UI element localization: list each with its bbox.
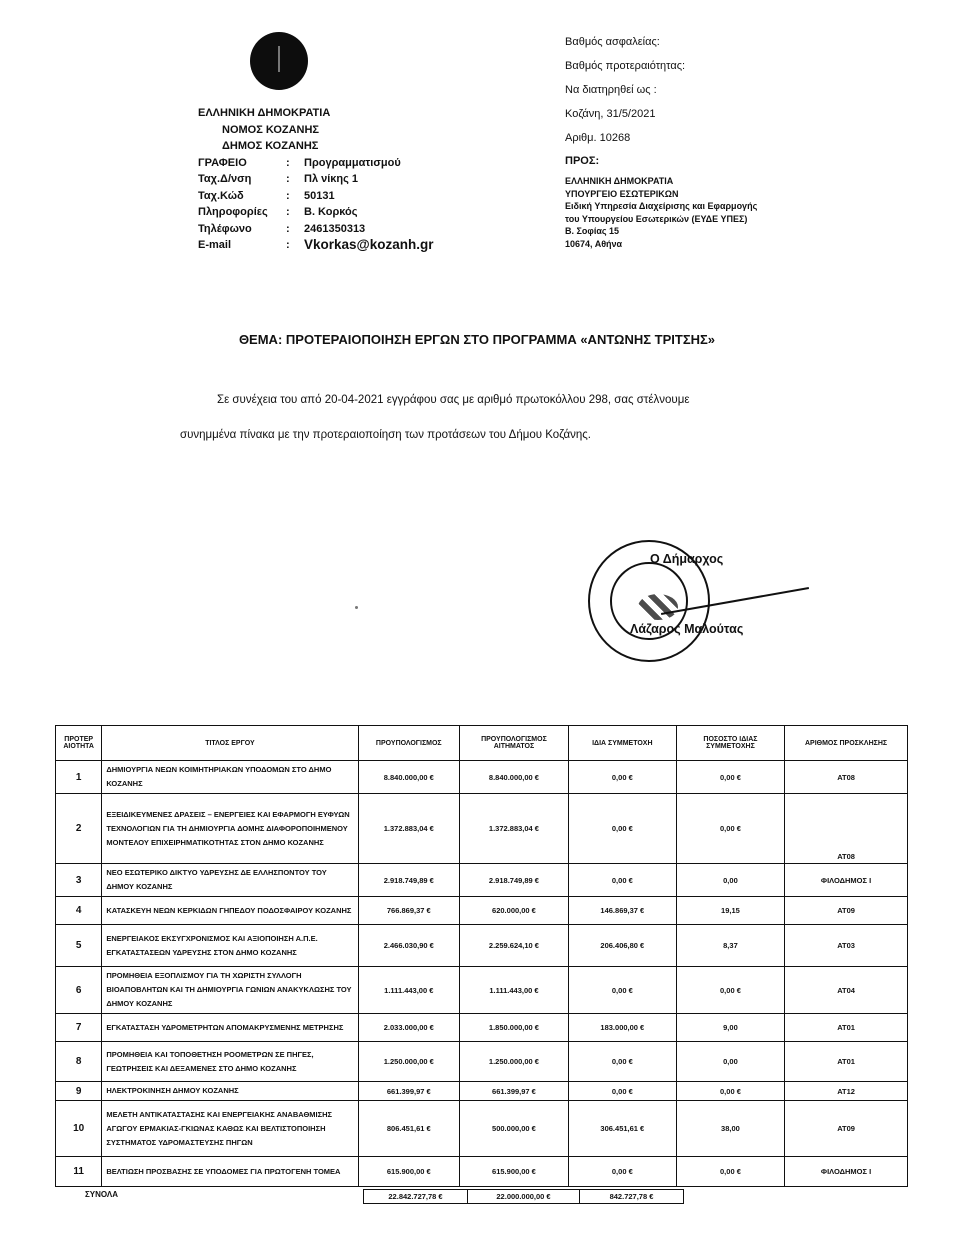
cell-call: ΑΤ01: [785, 1014, 908, 1042]
security-level: Βαθμός ασφαλείας:: [565, 30, 685, 54]
recipient-line: 10674, Αθήνα: [565, 238, 757, 251]
cell-request-budget: 661.399,97 €: [460, 1082, 569, 1101]
to-label: ΠΡΟΣ:: [565, 154, 685, 168]
field-value: Προγραμματισμού: [304, 155, 401, 172]
greek-coat-of-arms-icon: [250, 32, 308, 90]
cell-priority: 6: [56, 967, 102, 1014]
table-row: 3ΝΕΟ ΕΣΩΤΕΡΙΚΟ ΔΙΚΤΥΟ ΥΔΡΕΥΣΗΣ ΔΕ ΕΛΛΗΣΠ…: [56, 864, 908, 897]
table-row: 8ΠΡΟΜΗΘΕΙΑ ΚΑΙ ΤΟΠΟΘΕΤΗΣΗ ΡΟΟΜΕΤΡΩΝ ΣΕ Π…: [56, 1042, 908, 1082]
cell-call: ΑΤ08: [785, 794, 908, 864]
cell-budget: 2.033.000,00 €: [358, 1014, 460, 1042]
cell-title: ΔΗΜΙΟΥΡΓΙΑ ΝΕΩΝ ΚΟΙΜΗΤΗΡΙΑΚΩΝ ΥΠΟΔΟΜΩΝ Σ…: [102, 761, 358, 794]
cell-own-pct: 9,00: [676, 1014, 784, 1042]
cell-request-budget: 1.850.000,00 €: [460, 1014, 569, 1042]
cell-call: ΦΙΛΟΔΗΜΟΣ Ι: [785, 864, 908, 897]
column-header: ΠΡΟΥΠΟΛΟΓΙΣΜΟΣ ΑΙΤΗΜΑΤΟΣ: [460, 726, 569, 761]
cell-own-pct: 0,00 €: [676, 761, 784, 794]
recipient-block: ΕΛΛΗΝΙΚΗ ΔΗΜΟΚΡΑΤΙΑΥΠΟΥΡΓΕΙΟ ΕΣΩΤΕΡΙΚΩΝΕ…: [565, 175, 757, 250]
table-row: 6ΠΡΟΜΗΘΕΙΑ ΕΞΟΠΛΙΣΜΟΥ ΓΙΑ ΤΗ ΧΩΡΙΣΤΗ ΣΥΛ…: [56, 967, 908, 1014]
cell-own-share: 206.406,80 €: [568, 925, 676, 967]
sender-field: ΓΡΑΦΕΙΟ:Προγραμματισμού: [198, 155, 433, 172]
field-label: ΓΡΑΦΕΙΟ: [198, 155, 286, 172]
cell-own-share: 0,00 €: [568, 864, 676, 897]
table-row: 2ΕΞΕΙΔΙΚΕΥΜΕΝΕΣ ΔΡΑΣΕΙΣ – ΕΝΕΡΓΕΙΕΣ ΚΑΙ …: [56, 794, 908, 864]
field-value: 2461350313: [304, 221, 365, 238]
priority-level: Βαθμός προτεραιότητας:: [565, 54, 685, 78]
recipient-line: ΥΠΟΥΡΓΕΙΟ ΕΣΩΤΕΡΙΚΩΝ: [565, 188, 757, 201]
cell-call: ΑΤ08: [785, 761, 908, 794]
cell-own-share: 0,00 €: [568, 967, 676, 1014]
column-header: ΤΙΤΛΟΣ ΕΡΓΟΥ: [102, 726, 358, 761]
cell-title: ΚΑΤΑΣΚΕΥΗ ΝΕΩΝ ΚΕΡΚΙΔΩΝ ΓΗΠΕΔΟΥ ΠΟΔΟΣΦΑΙ…: [102, 897, 358, 925]
field-label: Ταχ.Κώδ: [198, 188, 286, 205]
subject-line: ΘΕΜΑ: ΠΡΟΤΕΡΑΙΟΠΟΙΗΣΗ ΕΡΓΩΝ ΣΤΟ ΠΡΟΓΡΑΜΜ…: [0, 332, 954, 347]
cell-call: ΑΤ04: [785, 967, 908, 1014]
recipient-line: Β. Σοφίας 15: [565, 225, 757, 238]
table-row: 9ΗΛΕΚΤΡΟΚΙΝΗΣΗ ΔΗΜΟΥ ΚΟΖΑΝΗΣ661.399,97 €…: [56, 1082, 908, 1101]
cell-own-share: 0,00 €: [568, 1042, 676, 1082]
column-header: ΠΡΟΤΕΡ ΑΙΟΤΗΤΑ: [56, 726, 102, 761]
cell-priority: 2: [56, 794, 102, 864]
cell-budget: 766.869,37 €: [358, 897, 460, 925]
cell-request-budget: 2.259.624,10 €: [460, 925, 569, 967]
recipient-line: ΕΛΛΗΝΙΚΗ ΔΗΜΟΚΡΑΤΙΑ: [565, 175, 757, 188]
field-value: Β. Κορκός: [304, 204, 357, 221]
field-label: Ταχ.Δ/νση: [198, 171, 286, 188]
scan-speck: [355, 606, 358, 609]
cell-call: ΑΤ01: [785, 1042, 908, 1082]
cell-own-pct: 0,00 €: [676, 794, 784, 864]
cell-own-share: 0,00 €: [568, 761, 676, 794]
body-text-line-1: Σε συνέχεια του από 20-04-2021 εγγράφου …: [217, 394, 689, 406]
field-separator: :: [286, 188, 304, 205]
projects-priority-table: ΠΡΟΤΕΡ ΑΙΟΤΗΤΑΤΙΤΛΟΣ ΕΡΓΟΥΠΡΟΥΠΟΛΟΓΙΣΜΟΣ…: [55, 725, 908, 1187]
cell-title: ΕΞΕΙΔΙΚΕΥΜΕΝΕΣ ΔΡΑΣΕΙΣ – ΕΝΕΡΓΕΙΕΣ ΚΑΙ Ε…: [102, 794, 358, 864]
column-header: ΠΟΣΟΣΤΟ ΙΔΙΑΣ ΣΥΜΜΕΤΟΧΗΣ: [676, 726, 784, 761]
cell-budget: 806.451,61 €: [358, 1101, 460, 1157]
table-row: 1ΔΗΜΙΟΥΡΓΙΑ ΝΕΩΝ ΚΟΙΜΗΤΗΡΙΑΚΩΝ ΥΠΟΔΟΜΩΝ …: [56, 761, 908, 794]
cell-own-pct: 0,00 €: [676, 1157, 784, 1187]
total-own-share: 842.727,78 €: [580, 1190, 684, 1204]
field-label: E-mail: [198, 237, 286, 254]
cell-own-pct: 8,37: [676, 925, 784, 967]
document-meta: Βαθμός ασφαλείας: Βαθμός προτεραιότητας:…: [565, 30, 685, 168]
cell-budget: 661.399,97 €: [358, 1082, 460, 1101]
cell-priority: 10: [56, 1101, 102, 1157]
field-separator: :: [286, 155, 304, 172]
cell-own-share: 0,00 €: [568, 794, 676, 864]
cell-own-pct: 0,00 €: [676, 1082, 784, 1101]
sender-municipality: ΔΗΜΟΣ ΚΟΖΑΝΗΣ: [222, 138, 433, 155]
cell-priority: 1: [56, 761, 102, 794]
cell-priority: 5: [56, 925, 102, 967]
cell-priority: 8: [56, 1042, 102, 1082]
cell-own-share: 183.000,00 €: [568, 1014, 676, 1042]
cell-priority: 4: [56, 897, 102, 925]
cell-budget: 615.900,00 €: [358, 1157, 460, 1187]
protocol-number: Αριθμ. 10268: [565, 126, 685, 150]
cell-own-pct: 0,00: [676, 864, 784, 897]
cell-request-budget: 615.900,00 €: [460, 1157, 569, 1187]
retention: Να διατηρηθεί ως :: [565, 78, 685, 102]
field-separator: :: [286, 204, 304, 221]
cell-own-pct: 38,00: [676, 1101, 784, 1157]
recipient-line: του Υπουργείου Εσωτερικών (ΕΥΔΕ ΥΠΕΣ): [565, 213, 757, 226]
recipient-line: Ειδική Υπηρεσία Διαχείρισης και Εφαρμογή…: [565, 200, 757, 213]
table-row: 10ΜΕΛΕΤΗ ΑΝΤΙΚΑΤΑΣΤΑΣΗΣ ΚΑΙ ΕΝΕΡΓΕΙΑΚΗΣ …: [56, 1101, 908, 1157]
sender-field: Ταχ.Κώδ:50131: [198, 188, 433, 205]
cell-priority: 7: [56, 1014, 102, 1042]
column-header: ΑΡΙΘΜΟΣ ΠΡΟΣΚΛΗΣΗΣ: [785, 726, 908, 761]
sender-field: Τηλέφωνο:2461350313: [198, 221, 433, 238]
field-value: 50131: [304, 188, 335, 205]
cell-own-share: 0,00 €: [568, 1082, 676, 1101]
total-budget: 22.842.727,78 €: [364, 1190, 468, 1204]
column-header: ΠΡΟΥΠΟΛΟΓΙΣΜΟΣ: [358, 726, 460, 761]
field-value: Πλ νίκης 1: [304, 171, 358, 188]
table-row: 5ΕΝΕΡΓΕΙΑΚΟΣ ΕΚΣΥΓΧΡΟΝΙΣΜΟΣ ΚΑΙ ΑΞΙΟΠΟΙΗ…: [56, 925, 908, 967]
cell-budget: 8.840.000,00 €: [358, 761, 460, 794]
cell-request-budget: 1.372.883,04 €: [460, 794, 569, 864]
cell-own-pct: 0,00: [676, 1042, 784, 1082]
place-date: Κοζάνη, 31/5/2021: [565, 102, 685, 126]
sender-field: Ταχ.Δ/νση:Πλ νίκης 1: [198, 171, 433, 188]
total-request-budget: 22.000.000,00 €: [468, 1190, 580, 1204]
sender-field: Πληροφορίες:Β. Κορκός: [198, 204, 433, 221]
cell-own-pct: 0,00 €: [676, 967, 784, 1014]
column-header: ΙΔΙΑ ΣΥΜΜΕΤΟΧΗ: [568, 726, 676, 761]
cell-title: ΒΕΛΤΙΩΣΗ ΠΡΟΣΒΑΣΗΣ ΣΕ ΥΠΟΔΟΜΕΣ ΓΙΑ ΠΡΩΤΟ…: [102, 1157, 358, 1187]
cell-own-share: 306.451,61 €: [568, 1101, 676, 1157]
cell-request-budget: 1.111.443,00 €: [460, 967, 569, 1014]
signatory-name: Λάζαρος Μαλούτας: [630, 622, 743, 636]
cell-request-budget: 2.918.749,89 €: [460, 864, 569, 897]
cell-title: ΗΛΕΚΤΡΟΚΙΝΗΣΗ ΔΗΜΟΥ ΚΟΖΑΝΗΣ: [102, 1082, 358, 1101]
field-value: Vkorkas@kozanh.gr: [304, 237, 433, 254]
cell-request-budget: 620.000,00 €: [460, 897, 569, 925]
cell-request-budget: 1.250.000,00 €: [460, 1042, 569, 1082]
cell-own-share: 0,00 €: [568, 1157, 676, 1187]
sender-field: E-mail:Vkorkas@kozanh.gr: [198, 237, 433, 254]
cell-own-share: 146.869,37 €: [568, 897, 676, 925]
body-text-line-2: συνημμένα πίνακα με την προτεραιοποίηση …: [180, 429, 591, 441]
sender-prefecture: ΝΟΜΟΣ ΚΟΖΑΝΗΣ: [222, 122, 433, 139]
cell-call: ΦΙΛΟΔΗΜΟΣ Ι: [785, 1157, 908, 1187]
cell-call: ΑΤ03: [785, 925, 908, 967]
cell-request-budget: 500.000,00 €: [460, 1101, 569, 1157]
cell-title: ΕΝΕΡΓΕΙΑΚΟΣ ΕΚΣΥΓΧΡΟΝΙΣΜΟΣ ΚΑΙ ΑΞΙΟΠΟΙΗΣ…: [102, 925, 358, 967]
cell-request-budget: 8.840.000,00 €: [460, 761, 569, 794]
signatory-role: Ο Δήμαρχος: [650, 552, 723, 566]
cell-call: ΑΤ12: [785, 1082, 908, 1101]
cell-call: ΑΤ09: [785, 897, 908, 925]
cell-call: ΑΤ09: [785, 1101, 908, 1157]
table-row: 7ΕΓΚΑΤΑΣΤΑΣΗ ΥΔΡΟΜΕΤΡΗΤΩΝ ΑΠΟΜΑΚΡΥΣΜΕΝΗΣ…: [56, 1014, 908, 1042]
totals-table: 22.842.727,78 € 22.000.000,00 € 842.727,…: [363, 1189, 684, 1204]
cell-budget: 1.372.883,04 €: [358, 794, 460, 864]
totals-label: ΣΥΝΟΛΑ: [85, 1190, 118, 1199]
cell-title: ΠΡΟΜΗΘΕΙΑ ΕΞΟΠΛΙΣΜΟΥ ΓΙΑ ΤΗ ΧΩΡΙΣΤΗ ΣΥΛΛ…: [102, 967, 358, 1014]
cell-budget: 1.111.443,00 €: [358, 967, 460, 1014]
sender-block: ΕΛΛΗΝΙΚΗ ΔΗΜΟΚΡΑΤΙΑ ΝΟΜΟΣ ΚΟΖΑΝΗΣ ΔΗΜΟΣ …: [198, 105, 433, 254]
cell-priority: 9: [56, 1082, 102, 1101]
cell-priority: 3: [56, 864, 102, 897]
field-label: Τηλέφωνο: [198, 221, 286, 238]
cell-title: ΝΕΟ ΕΣΩΤΕΡΙΚΟ ΔΙΚΤΥΟ ΥΔΡΕΥΣΗΣ ΔΕ ΕΛΛΗΣΠΟ…: [102, 864, 358, 897]
cell-budget: 2.918.749,89 €: [358, 864, 460, 897]
cell-title: ΜΕΛΕΤΗ ΑΝΤΙΚΑΤΑΣΤΑΣΗΣ ΚΑΙ ΕΝΕΡΓΕΙΑΚΗΣ ΑΝ…: [102, 1101, 358, 1157]
field-separator: :: [286, 237, 304, 254]
cell-title: ΕΓΚΑΤΑΣΤΑΣΗ ΥΔΡΟΜΕΤΡΗΤΩΝ ΑΠΟΜΑΚΡΥΣΜΕΝΗΣ …: [102, 1014, 358, 1042]
field-label: Πληροφορίες: [198, 204, 286, 221]
cell-budget: 2.466.030,90 €: [358, 925, 460, 967]
sender-country: ΕΛΛΗΝΙΚΗ ΔΗΜΟΚΡΑΤΙΑ: [198, 105, 433, 122]
table-row: 11ΒΕΛΤΙΩΣΗ ΠΡΟΣΒΑΣΗΣ ΣΕ ΥΠΟΔΟΜΕΣ ΓΙΑ ΠΡΩ…: [56, 1157, 908, 1187]
table-row: 4ΚΑΤΑΣΚΕΥΗ ΝΕΩΝ ΚΕΡΚΙΔΩΝ ΓΗΠΕΔΟΥ ΠΟΔΟΣΦΑ…: [56, 897, 908, 925]
field-separator: :: [286, 221, 304, 238]
field-separator: :: [286, 171, 304, 188]
cell-budget: 1.250.000,00 €: [358, 1042, 460, 1082]
cell-own-pct: 19,15: [676, 897, 784, 925]
cell-priority: 11: [56, 1157, 102, 1187]
cell-title: ΠΡΟΜΗΘΕΙΑ ΚΑΙ ΤΟΠΟΘΕΤΗΣΗ ΡΟΟΜΕΤΡΩΝ ΣΕ ΠΗ…: [102, 1042, 358, 1082]
